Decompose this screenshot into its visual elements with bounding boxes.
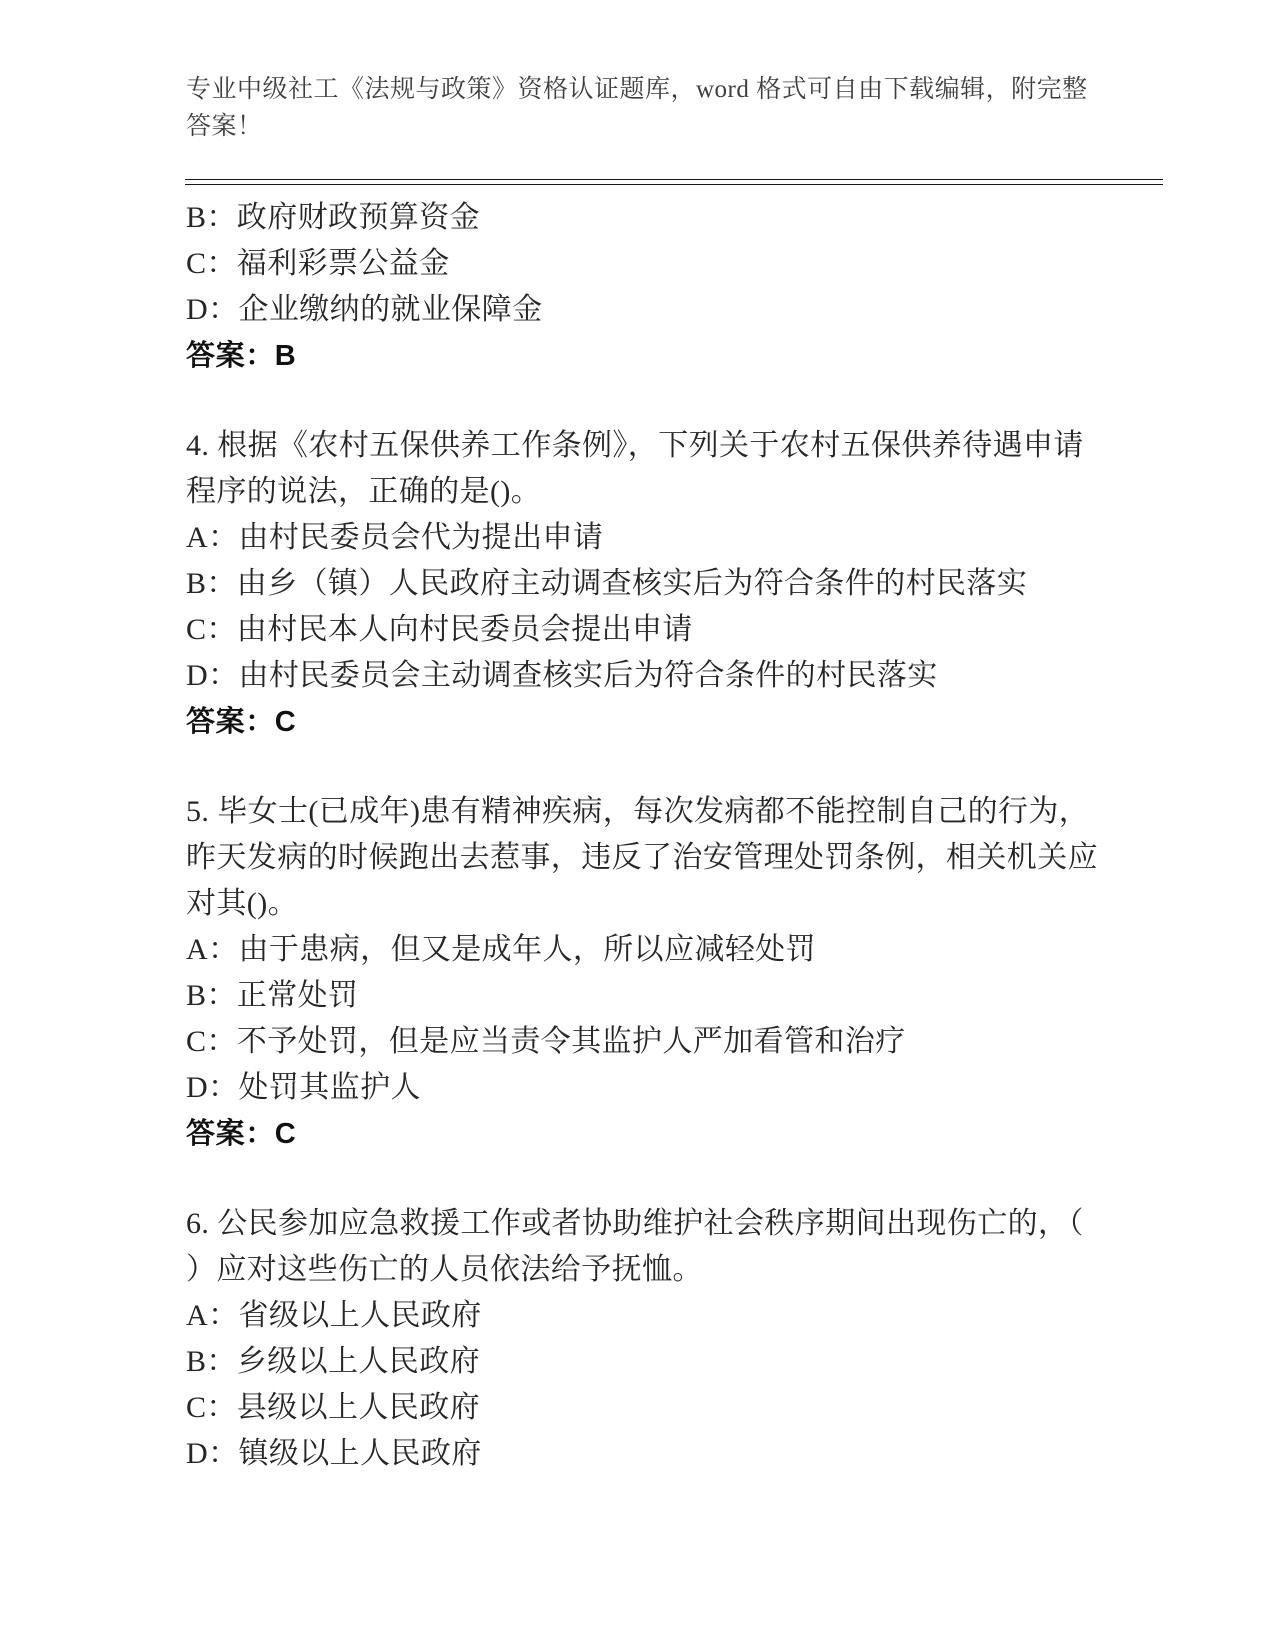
block-gap xyxy=(186,379,1186,423)
q6-stem-line-2: ）应对这些伤亡的人员依法给予抚恤。 xyxy=(186,1247,1186,1293)
q6-option-d: D：镇级以上人民政府 xyxy=(186,1431,1186,1477)
q6-option-a: A：省级以上人民政府 xyxy=(186,1293,1186,1339)
q4-option-c: C：由村民本人向村民委员会提出申请 xyxy=(186,607,1186,653)
q4-option-a: A：由村民委员会代为提出申请 xyxy=(186,515,1186,561)
header-divider-rule xyxy=(185,179,1163,185)
header-line-1: 专业中级社工《法规与政策》资格认证题库，word 格式可自由下载编辑，附完整 xyxy=(186,71,1166,108)
q5-option-d: D：处罚其监护人 xyxy=(186,1065,1186,1111)
q3-answer: 答案：B xyxy=(186,333,1186,379)
q5-stem-line-2: 昨天发病的时候跑出去惹事，违反了治安管理处罚条例，相关机关应 xyxy=(186,835,1186,881)
q3-option-d: D：企业缴纳的就业保障金 xyxy=(186,287,1186,333)
q4-stem-line-1: 4. 根据《农村五保供养工作条例》，下列关于农村五保供养待遇申请 xyxy=(186,423,1186,469)
q5-option-b: B：正常处罚 xyxy=(186,973,1186,1019)
q5-option-a: A：由于患病，但又是成年人，所以应减轻处罚 xyxy=(186,927,1186,973)
q4-stem-line-2: 程序的说法，正确的是()。 xyxy=(186,469,1186,515)
page-header: 专业中级社工《法规与政策》资格认证题库，word 格式可自由下载编辑，附完整 答… xyxy=(186,71,1166,145)
q4-option-b: B：由乡（镇）人民政府主动调查核实后为符合条件的村民落实 xyxy=(186,561,1186,607)
q5-option-c: C：不予处罚，但是应当责令其监护人严加看管和治疗 xyxy=(186,1019,1186,1065)
document-page: 专业中级社工《法规与政策》资格认证题库，word 格式可自由下载编辑，附完整 答… xyxy=(0,0,1275,1650)
block-gap xyxy=(186,1157,1186,1201)
header-line-2: 答案！ xyxy=(186,108,1166,145)
q5-stem-line-1: 5. 毕女士(已成年)患有精神疾病，每次发病都不能控制自己的行为， xyxy=(186,789,1186,835)
q5-stem-line-3: 对其()。 xyxy=(186,881,1186,927)
q6-option-c: C：县级以上人民政府 xyxy=(186,1385,1186,1431)
document-body: B：政府财政预算资金 C：福利彩票公益金 D：企业缴纳的就业保障金 答案：B 4… xyxy=(186,195,1186,1477)
q4-option-d: D：由村民委员会主动调查核实后为符合条件的村民落实 xyxy=(186,653,1186,699)
q3-option-c: C：福利彩票公益金 xyxy=(186,241,1186,287)
q4-answer: 答案：C xyxy=(186,699,1186,745)
q6-stem-line-1: 6. 公民参加应急救援工作或者协助维护社会秩序期间出现伤亡的，（ xyxy=(186,1201,1186,1247)
block-gap xyxy=(186,745,1186,789)
q5-answer: 答案：C xyxy=(186,1111,1186,1157)
q6-option-b: B：乡级以上人民政府 xyxy=(186,1339,1186,1385)
q3-option-b: B：政府财政预算资金 xyxy=(186,195,1186,241)
